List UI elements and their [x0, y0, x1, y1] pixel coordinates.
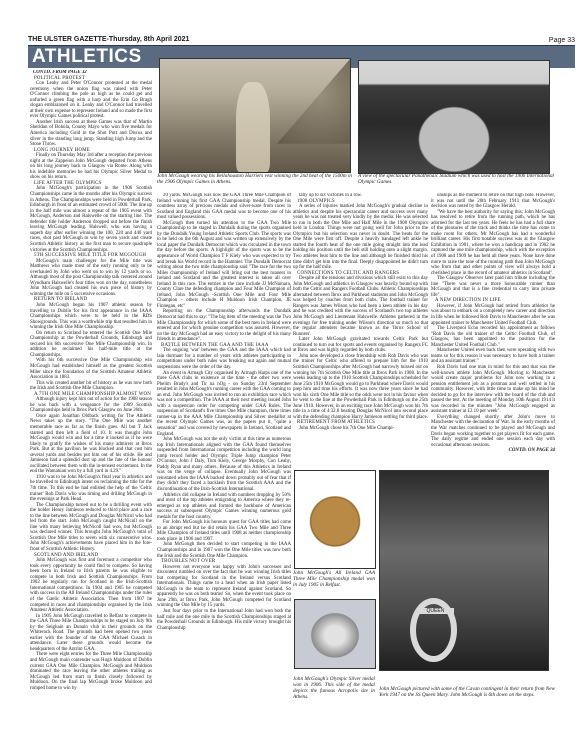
paragraph: This win created another bit of history … — [30, 381, 152, 392]
paragraph: The Liverpool Echo recorded his appointm… — [431, 326, 555, 348]
paragraph: The Glasgow Observer later paid him trib… — [431, 276, 555, 298]
paragraph: McGough then turned his attention to the… — [157, 221, 291, 310]
paragraph: Everything changed shortly after John's … — [431, 415, 555, 448]
paragraph: For John McGough his honours quest for G… — [157, 520, 291, 542]
article-column-1: CONTD. FROM PAGE 32 POLITICAL PROTEST Co… — [30, 70, 152, 737]
article-column-4: onships as the moment to retire on that … — [431, 193, 555, 465]
continued-on: CONTD. ON PAGE 34 — [431, 448, 555, 454]
paragraph: Although injury kept him out of action f… — [30, 397, 152, 414]
paragraph: "We have the best authority for saying t… — [431, 210, 555, 277]
paragraph: The Championship turned out to be a thri… — [30, 503, 152, 553]
paragraph: Just four days prior to the Internationa… — [157, 609, 291, 631]
paragraph: Rob Davis had one man in mind for this a… — [431, 365, 555, 415]
article-column-3: tally up to six victories in a row. 1908… — [293, 193, 428, 458]
paragraph: 20 yards. McGough was now the GAA Three … — [157, 193, 291, 221]
paragraph: John McGough chose his 7th One Mile Cham… — [293, 426, 428, 432]
paper-dateline: THE ULSTER GAZETTE-Thursday, 8th April 2… — [28, 36, 189, 43]
paragraph: John now developed a close friendship wi… — [293, 354, 428, 421]
paragraph: Reporting on the Championship afterwards… — [157, 309, 291, 342]
paragraph: John McGough was first and foremost a co… — [30, 558, 152, 613]
paragraph: 1910 was to be John McGough's final year… — [30, 475, 152, 503]
caption-runner: John McGough wearing his Bellahouston Ha… — [157, 173, 352, 185]
paragraph: An event in Armagh City organised by Arm… — [157, 371, 291, 438]
paragraph: Later John McGough gravitated towards Ce… — [293, 337, 428, 354]
caption-group: John McGough pictured with some of the C… — [379, 686, 555, 698]
paragraph: There were eight entries for the Three M… — [30, 652, 152, 691]
photo-olympic-medal — [294, 599, 376, 669]
paragraph: onships as the moment to retire on that … — [431, 193, 555, 210]
paragraph: Athletics did collapse in Ireland with n… — [157, 493, 291, 521]
subheading: 5th SUCCESSIVE MILE TITLE FOR McGOUGH — [30, 253, 152, 259]
lifebuoy-label: QUEEN — [417, 608, 454, 614]
photo-runner — [159, 58, 351, 173]
paragraph: Another Irish success at these Games was… — [30, 120, 152, 148]
paragraph: Con Leahy and Peter O'Connor protested a… — [30, 81, 152, 120]
paragraph: A series of injuries marked John McGough… — [293, 204, 428, 271]
caption-gaa-medal: John McGough's All Ireland GAA Three Mil… — [293, 570, 375, 588]
photo-gaa-medal — [294, 470, 376, 569]
paragraph: On return to Scotland he entered the Sco… — [30, 331, 152, 359]
paragraph: However, if John McGough had retired fro… — [431, 304, 555, 326]
paragraph: However not everyone was happy with John… — [157, 565, 291, 609]
article-column-2: 20 yards. McGough was now the GAA Three … — [157, 193, 291, 737]
caption-olympic-medal: John McGough's Olympic Silver medal won … — [293, 676, 375, 700]
paragraph: In 1905 John McGough travelled to Belfas… — [30, 614, 152, 653]
photo-group-queen-mary: QUEEN — [379, 470, 549, 671]
page-number: Page 33 — [549, 37, 575, 44]
paragraph: John McGough then decided to start compe… — [157, 542, 291, 559]
paragraph: McGough's main challenger for the Mile t… — [30, 259, 152, 298]
paragraph: Despite all the tensions and divisions w… — [293, 276, 428, 337]
paragraph: John McGough began his 1907 athletic sea… — [30, 303, 152, 331]
paragraph: John McGough was not the only victim at … — [157, 437, 291, 492]
paragraph: Finally on Thursday May 3rd after a rece… — [30, 153, 152, 181]
paragraph: The ongoing 'war' between the GAA and th… — [157, 348, 291, 370]
paragraph: Manchester United even back then were op… — [431, 348, 555, 365]
photo-runner-figure — [236, 82, 270, 172]
photo-stadium — [358, 60, 550, 174]
paragraph: John McGough's participation in the 1906… — [30, 186, 152, 253]
paragraph: Once again Jonathan Oldback writing for … — [30, 414, 152, 475]
caption-stadium: A view of the spectacular Panathenaic St… — [358, 173, 554, 185]
paragraph: With his 6th successive One Mile Champio… — [30, 358, 152, 380]
